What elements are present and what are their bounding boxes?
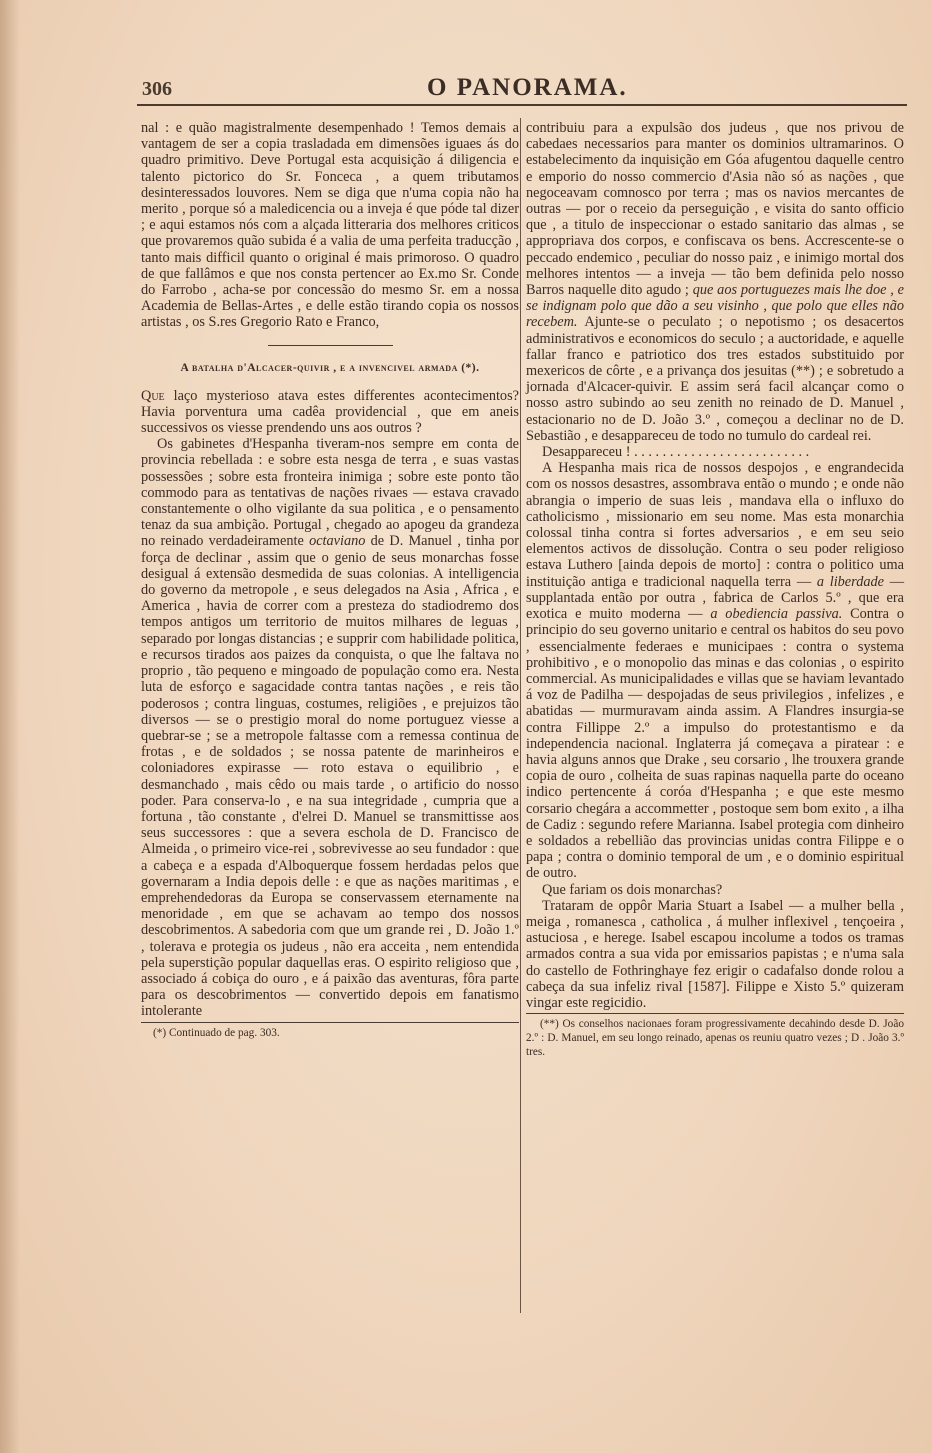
hespanha-paragraph: A Hespanha mais rica de nossos despojos … xyxy=(526,460,904,881)
italic-term: a liberdade xyxy=(817,574,884,590)
italic-term: octaviano xyxy=(309,533,365,549)
paragraph-text: Contra o principio do seu governo unitar… xyxy=(526,606,904,881)
article-paragraph-2: Os gabinetes d'Hespanha tiveram-nos semp… xyxy=(141,436,519,1019)
footnote-rule xyxy=(526,1013,904,1014)
article-paragraph-1: Que laço mysterioso atava estes differen… xyxy=(141,388,519,437)
article-title: A batalha d'Alcacer-quivir , e a invenci… xyxy=(141,360,519,376)
page-header: 306 O PANORAMA. xyxy=(137,74,907,104)
question-paragraph: Que fariam os dois monarchas? xyxy=(526,882,904,898)
italic-term: a obediencia passiva. xyxy=(710,606,842,622)
opening-word: Que xyxy=(141,388,165,404)
exclamation-paragraph: Desappareceu ! . . . . . . . . . . . . .… xyxy=(526,444,904,460)
column-divider xyxy=(520,118,521,1313)
paragraph-text: de D. Manuel , tinha por força de declin… xyxy=(141,533,519,1019)
header-rule xyxy=(137,104,907,106)
footnote-rule xyxy=(141,1022,519,1023)
masthead-title: O PANORAMA. xyxy=(427,74,628,102)
stuart-paragraph: Trataram de oppôr Maria Stuart a Isabel … xyxy=(526,898,904,1011)
continued-paragraph: contribuiu para a expulsão dos judeus , … xyxy=(526,120,904,444)
paragraph-text: contribuiu para a expulsão dos judeus , … xyxy=(526,120,904,298)
intro-paragraph: nal : e quão magistralmente desempenhado… xyxy=(141,120,519,331)
paragraph-text: A Hespanha mais rica de nossos despojos … xyxy=(526,460,904,589)
left-column: nal : e quão magistralmente desempenhado… xyxy=(141,120,519,1040)
footnote-right: (**) Os conselhos nacionaes foram progre… xyxy=(526,1017,904,1059)
page-edge-shadow xyxy=(0,0,20,1453)
section-divider xyxy=(268,345,393,346)
footnote-left: (*) Continuado de pag. 303. xyxy=(141,1026,519,1040)
paragraph-text: laço mysterioso atava estes differentes … xyxy=(141,388,519,436)
page-number: 306 xyxy=(142,78,172,101)
paragraph-text: Ajunte-se o peculato ; o nepotismo ; os … xyxy=(526,314,904,443)
right-column: contribuiu para a expulsão dos judeus , … xyxy=(526,120,904,1059)
